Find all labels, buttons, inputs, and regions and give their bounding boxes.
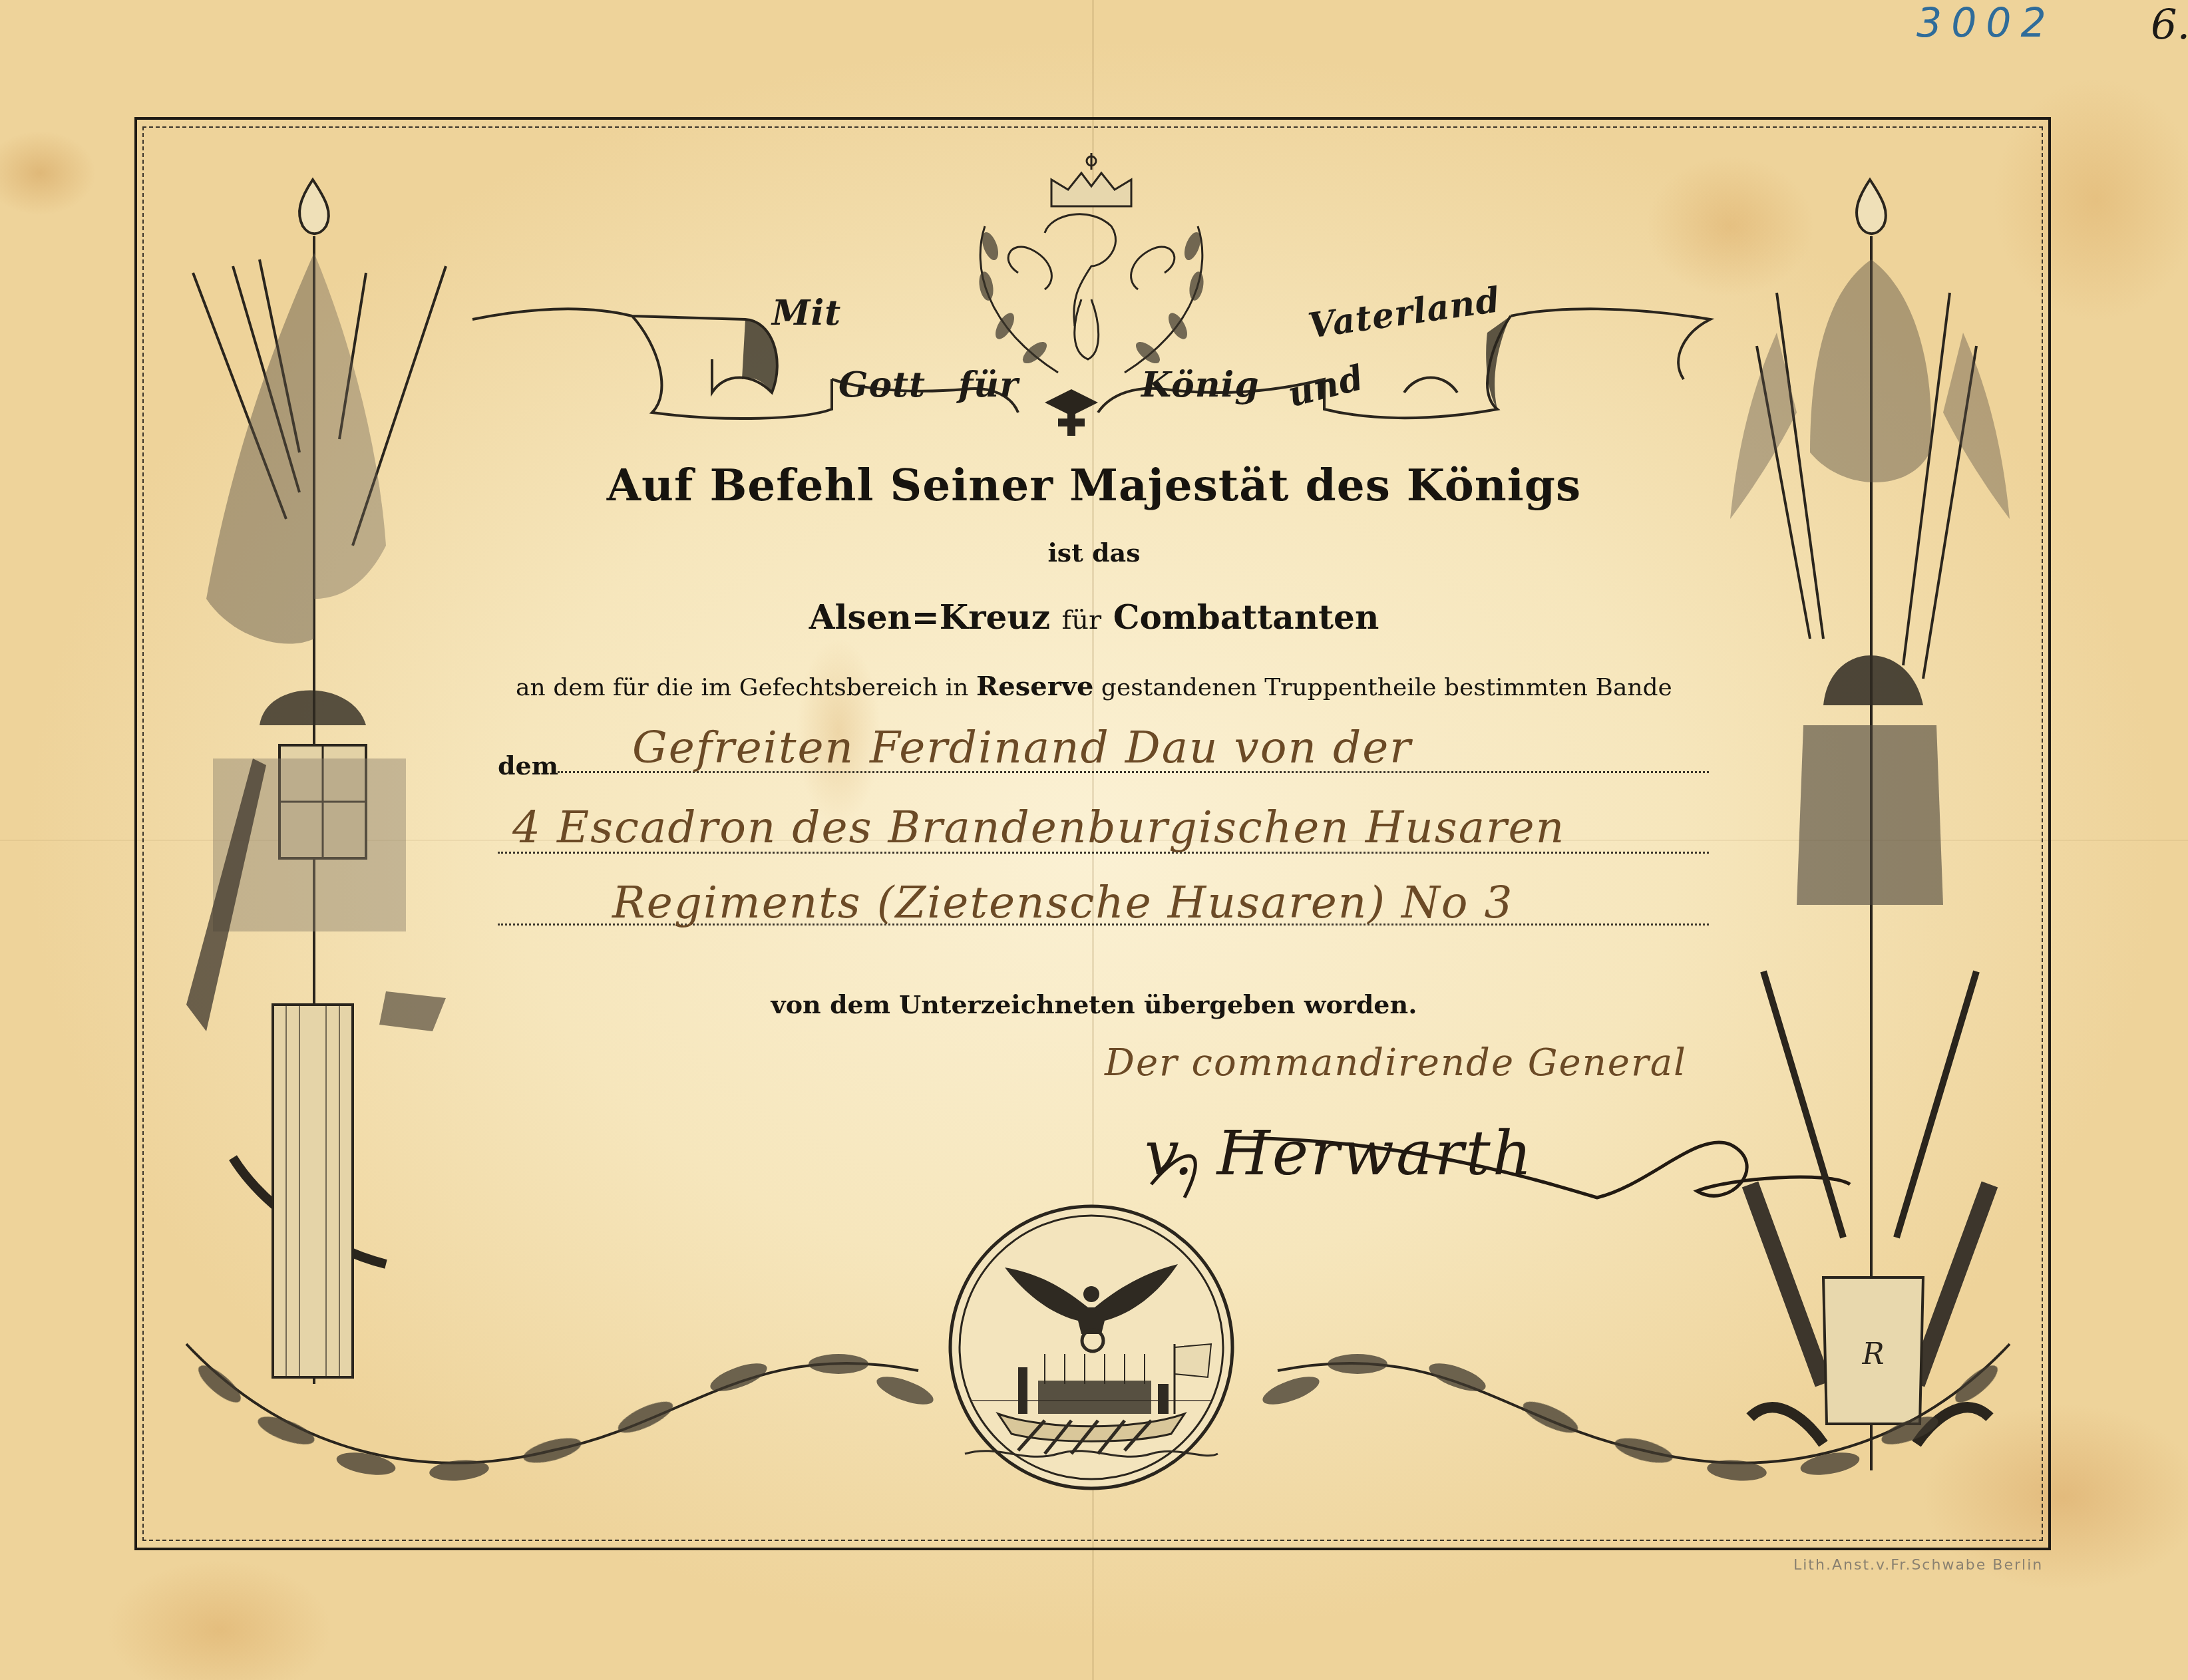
band-suffix: gestandenen Truppentheile bestimmten Ban… (1101, 674, 1672, 701)
handwritten-recipient-line-2: 4 Escadron des Brandenburgischen Husaren (512, 802, 1565, 853)
crowned-monogram-icon (958, 133, 1224, 413)
handwritten-recipient-line-1: Gefreiten Ferdinand Dau von der (632, 722, 1412, 773)
sheet-number: 6. (2151, 0, 2188, 49)
award-title: Alsen=Kreuz (809, 597, 1050, 637)
recipient-label: dem (498, 751, 558, 780)
motto-word: Gott (838, 365, 926, 405)
award-fuer: für (1062, 605, 1102, 635)
band-prefix: an dem für die im Gefechtsbereich in (516, 674, 968, 701)
award-class: Combattanten (1113, 597, 1379, 637)
archive-number: 3002 (1916, 0, 2056, 47)
lithographer-imprint: Lith.Anst.v.Fr.Schwabe Berlin (1793, 1557, 2043, 1574)
band-reserve: Reserve (976, 671, 1093, 702)
signatory-role: Der commandirende General (1105, 1041, 1687, 1085)
alsen-crossing-medallion-icon (945, 1201, 1238, 1494)
left-military-trophy-icon (166, 173, 466, 1417)
handwritten-recipient-line-3: Regiments (Zietensche Husaren) No 3 (612, 877, 1513, 928)
motto-word: Mit (772, 293, 841, 333)
